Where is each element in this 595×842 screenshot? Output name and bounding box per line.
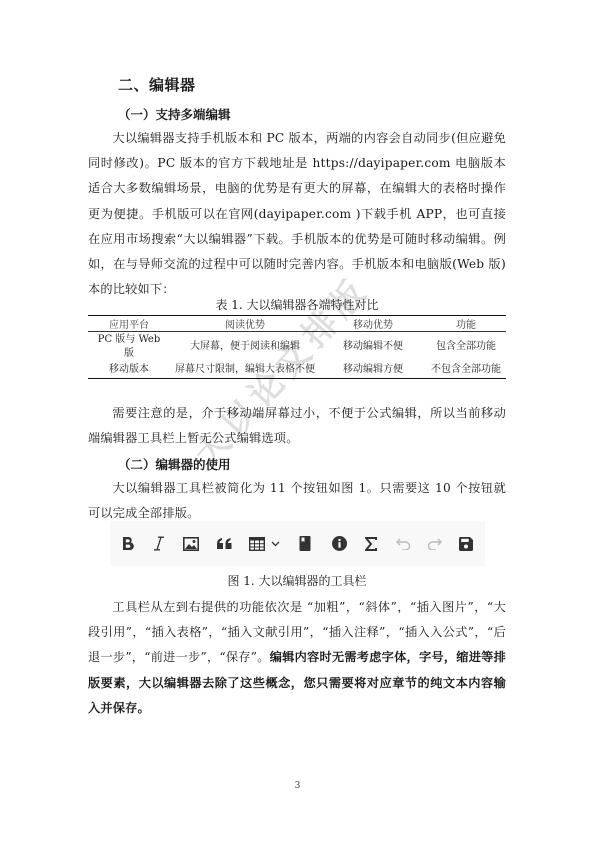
subsection-heading-multi-platform: （一）支持多端编辑	[118, 105, 231, 123]
page-number: 3	[0, 781, 595, 791]
header-platform: 应用平台	[88, 316, 170, 332]
cell-platform: 移动版本	[88, 362, 170, 379]
sigma-icon	[365, 537, 377, 551]
italic-icon	[153, 536, 165, 551]
undo-button[interactable]	[393, 521, 413, 566]
table-header-row: 应用平台 阅读优势 移动优势 功能	[88, 316, 506, 332]
header-features: 功能	[426, 316, 506, 332]
comparison-table: 应用平台 阅读优势 移动优势 功能 PC 版与 Web 版 大屏幕，便于阅读和编…	[88, 315, 506, 379]
insert-table-button[interactable]	[247, 521, 267, 566]
cell-features: 包含全部功能	[426, 332, 506, 362]
figure-caption: 图 1. 大以编辑器的工具栏	[88, 572, 506, 589]
editor-toolbar	[110, 521, 485, 566]
cell-platform: PC 版与 Web 版	[88, 332, 170, 362]
blockquote-button[interactable]	[214, 521, 234, 566]
header-reading: 阅读优势	[170, 316, 320, 332]
subsection-heading-usage: （二）编辑器的使用	[118, 455, 231, 473]
table-dropdown-button[interactable]	[269, 521, 281, 566]
bold-button[interactable]	[118, 521, 138, 566]
redo-icon	[427, 538, 442, 550]
bold-icon	[121, 536, 135, 551]
section-heading: 二、编辑器	[118, 74, 196, 95]
cell-mobility: 移动编辑不便	[320, 332, 426, 362]
save-icon	[459, 537, 473, 551]
cell-mobility: 移动编辑方便	[320, 362, 426, 379]
italic-button[interactable]	[149, 521, 169, 566]
info-icon	[332, 536, 347, 551]
redo-button[interactable]	[424, 521, 444, 566]
insert-citation-button[interactable]	[295, 521, 315, 566]
table-caption: 表 1. 大以编辑器各端特性对比	[88, 296, 506, 313]
table-row: PC 版与 Web 版 大屏幕，便于阅读和编辑 移动编辑不便 包含全部功能	[88, 332, 506, 362]
save-button[interactable]	[456, 521, 476, 566]
insert-footnote-button[interactable]	[329, 521, 349, 566]
intro-paragraph: 大以编辑器支持手机版本和 PC 版本，两端的内容会自动同步(但应避免同时修改)。…	[88, 126, 506, 302]
cell-reading: 大屏幕，便于阅读和编辑	[170, 332, 320, 362]
quote-icon	[217, 538, 232, 549]
toolbar-description-paragraph: 工具栏从左到右提供的功能依次是 “加粗”，“斜体”，“插入图片”，“大段引用”，…	[88, 595, 506, 721]
note-paragraph: 需要注意的是，介于移动端屏幕过小，不便于公式编辑，所以当前移动端编辑器工具栏上暂…	[88, 401, 506, 451]
book-icon	[299, 536, 311, 551]
table-row: 移动版本 屏幕尺寸限制，编辑大表格不便 移动编辑方便 不包含全部功能	[88, 362, 506, 379]
insert-image-button[interactable]	[181, 521, 201, 566]
insert-formula-button[interactable]	[361, 521, 381, 566]
undo-icon	[396, 538, 411, 550]
header-mobility: 移动优势	[320, 316, 426, 332]
table-icon	[249, 537, 265, 551]
cell-features: 不包含全部功能	[426, 362, 506, 379]
cell-reading: 屏幕尺寸限制，编辑大表格不便	[170, 362, 320, 379]
usage-paragraph: 大以编辑器工具栏被简化为 11 个按钮如图 1。只需要这 10 个按钮就可以完成…	[88, 476, 506, 526]
image-icon	[183, 537, 199, 551]
chevron-down-icon	[271, 541, 280, 547]
